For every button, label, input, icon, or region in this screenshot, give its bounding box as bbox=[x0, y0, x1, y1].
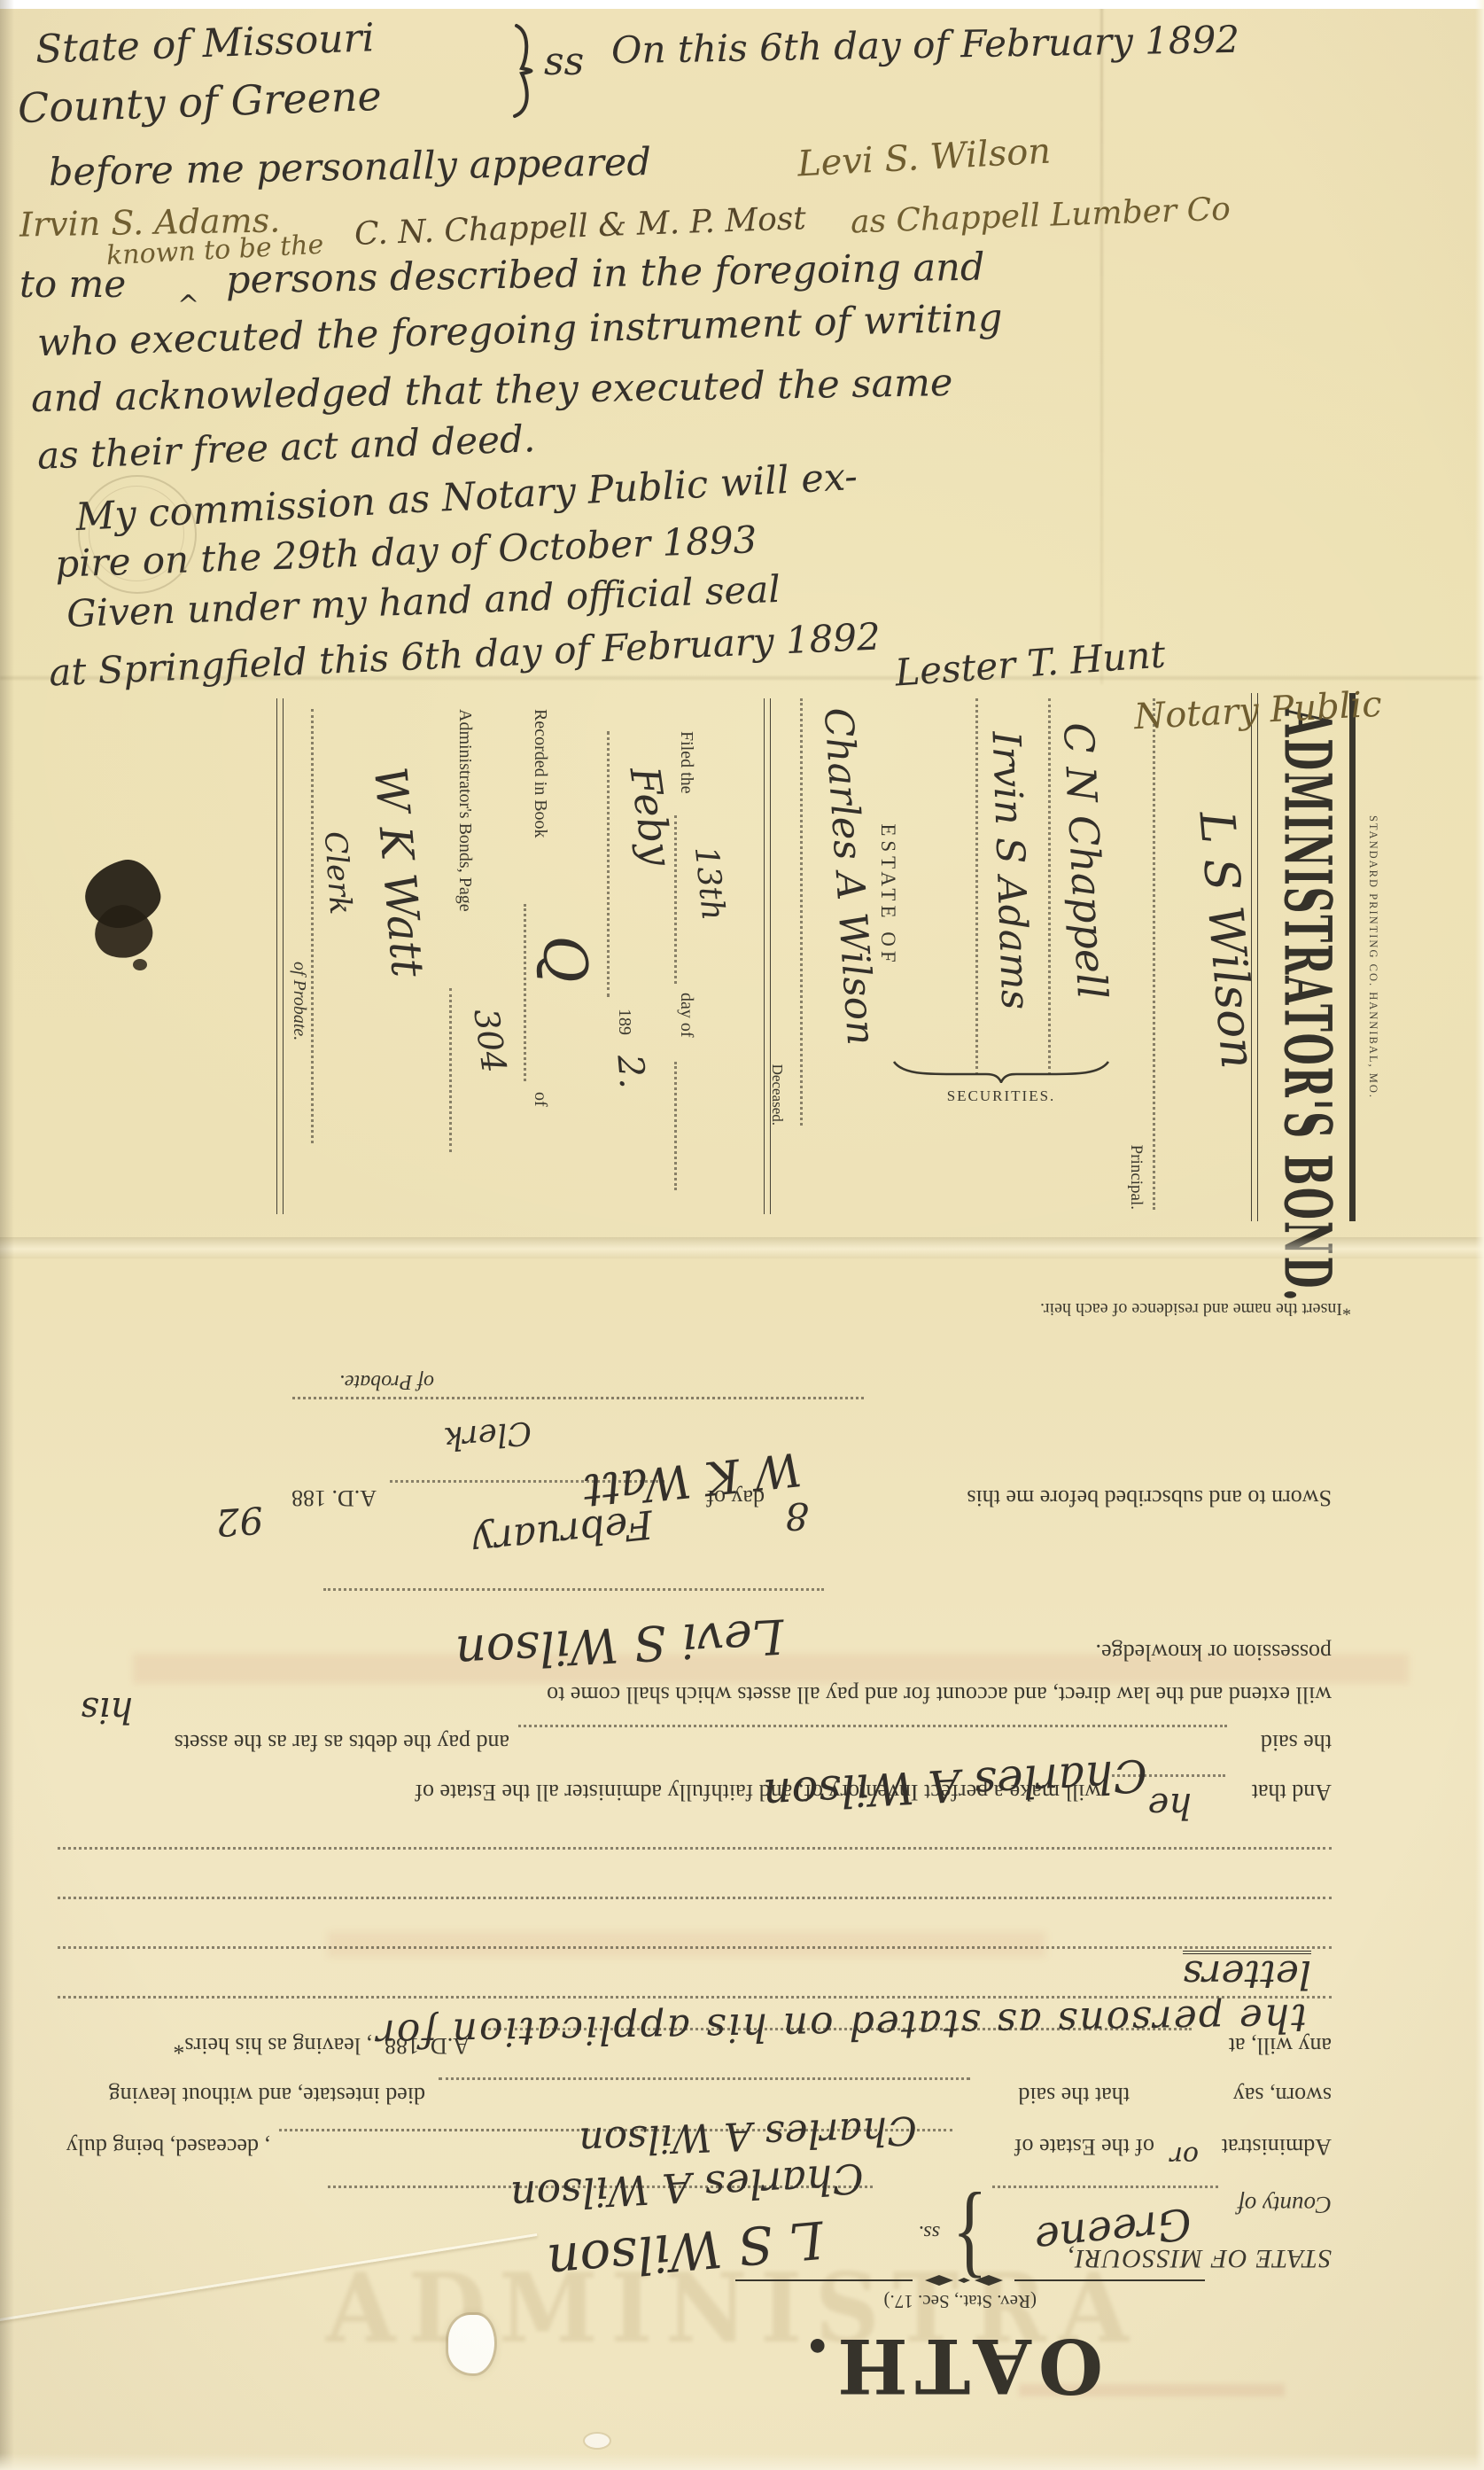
handwritten-line-acknowledged: and acknowledged that they executed the … bbox=[31, 364, 953, 418]
handwritten-state-line: State of Missouri bbox=[35, 19, 375, 69]
of-probate-label: of Probate. bbox=[291, 962, 308, 1040]
docket-panel: STANDARD PRINTING CO. HANNIBAL, MO. ADMI… bbox=[248, 682, 1391, 1232]
ss-brace bbox=[509, 22, 541, 120]
of-estate-label: of the Estate of bbox=[1014, 2135, 1154, 2158]
dotted-blank bbox=[439, 2077, 970, 2080]
notary-title: Notary Public bbox=[1133, 687, 1382, 736]
ss-curly-brace: } bbox=[952, 2188, 988, 2293]
administrat-label: Administrat bbox=[1222, 2135, 1332, 2158]
handwritten-line-free-act: as their free act and deed. bbox=[36, 420, 535, 475]
security-signature-2: Irvin S Adams bbox=[986, 730, 1035, 1010]
year-printed: 189 bbox=[616, 1009, 633, 1035]
handwritten-ss: ss bbox=[544, 43, 584, 82]
clerk-signature: W K Watt bbox=[368, 765, 431, 978]
the-said-label: the said bbox=[1261, 1731, 1332, 1754]
dotted-blank bbox=[58, 1847, 1332, 1850]
handwritten-name-wilson: Levi S. Wilson bbox=[796, 134, 1052, 183]
estate-name-written-1: Charles A Wilson bbox=[509, 2158, 865, 2217]
book-letter-written: Q bbox=[532, 932, 595, 986]
oath-ss-label: ss. bbox=[918, 2222, 940, 2243]
acknowledgment-section: State of Missouri ss On this 6th day of … bbox=[0, 0, 1484, 762]
handwritten-to-me: to me bbox=[19, 266, 126, 303]
possession-label: possession or knowledge. bbox=[1096, 1640, 1332, 1664]
dotted-blank bbox=[992, 2186, 1218, 2188]
handwritten-name-lumberco: as Chappell Lumber Co bbox=[851, 194, 1231, 239]
thin-double-rule bbox=[764, 698, 771, 1214]
printer-credit: STANDARD PRINTING CO. HANNIBAL, MO. bbox=[1368, 682, 1379, 1232]
he-written: he bbox=[1148, 1788, 1192, 1823]
heirs-footnote: *Insert the name and residence of each h… bbox=[1040, 1300, 1351, 1318]
year-written: 2. bbox=[611, 1053, 649, 1090]
securities-label: SECURITIES. bbox=[890, 1088, 1112, 1103]
handwritten-date-line: On this 6th day of February 1892 bbox=[611, 21, 1240, 69]
handwritten-persons-line: persons described in the foregoing and bbox=[226, 249, 985, 300]
oath-signature: Levi S Wilson bbox=[455, 1611, 785, 1676]
handwritten-name-chappell-most: C. N. Chappell & M. P. Most bbox=[354, 203, 807, 251]
dotted-blank bbox=[607, 731, 610, 997]
oath-of-probate-label: of Probate. bbox=[339, 1371, 434, 1392]
oath-county-label: County of bbox=[1238, 2193, 1332, 2217]
dotted-blank bbox=[292, 1397, 864, 1399]
sworn-year-written: 92 bbox=[214, 1500, 264, 1541]
scanned-document-page: ADMINISTRA State of Missouri ss On this … bbox=[0, 0, 1484, 2470]
died-intestate-label: died intestate, and without leaving bbox=[109, 2084, 425, 2107]
oath-title: OATH. bbox=[797, 2328, 1103, 2403]
securities-brace-group: SECURITIES. bbox=[890, 1060, 1112, 1103]
notary-seal-impression-inner bbox=[89, 486, 184, 581]
page-number-written: 304 bbox=[469, 1007, 511, 1075]
handwritten-appeared: before me personally appeared bbox=[49, 144, 652, 192]
docket-title: ADMINISTRATOR'S BOND. bbox=[1263, 682, 1340, 1232]
sworn-ad-label: A.D. 188 bbox=[291, 1486, 377, 1509]
estate-name-written-3: Charles A Wilson bbox=[762, 1753, 1148, 1818]
extend-label: will extend and the law direct, and acco… bbox=[547, 1683, 1332, 1706]
debts-label: and pay the debts as far as the assets bbox=[175, 1731, 509, 1754]
filed-day-written: 13th bbox=[689, 845, 729, 922]
dotted-blank bbox=[58, 1897, 1332, 1899]
dotted-blank bbox=[524, 904, 526, 1081]
estate-name-written-2: Charles A Wilson bbox=[579, 2109, 918, 2160]
sworn-before-label: Sworn to and subscribed before me this bbox=[967, 1486, 1332, 1509]
dotted-blank bbox=[674, 1062, 677, 1190]
deceased-label: Deceased. bbox=[770, 997, 785, 1126]
securities-brace bbox=[890, 1060, 1112, 1083]
of-label: of bbox=[532, 1092, 549, 1107]
his-written: his bbox=[81, 1692, 133, 1727]
dotted-blank bbox=[800, 698, 803, 1126]
paper-hole bbox=[448, 2315, 494, 2373]
dotted-blank bbox=[1153, 698, 1155, 1210]
clerk-written: Clerk bbox=[320, 830, 355, 916]
deceased-duly-label: , deceased, being duly bbox=[66, 2135, 270, 2158]
thin-double-rule bbox=[276, 698, 284, 1214]
dotted-blank bbox=[323, 1588, 824, 1591]
dotted-blank bbox=[518, 1725, 1227, 1727]
notary-signature: Lester T. Hunt bbox=[894, 635, 1167, 691]
day-of-label: day of bbox=[678, 993, 695, 1038]
heirs-written-line-2: letters bbox=[1183, 1951, 1311, 1993]
principal-label: Principal. bbox=[1128, 1037, 1145, 1210]
sworn-day-written: 8 bbox=[785, 1497, 809, 1534]
dotted-blank bbox=[449, 988, 452, 1152]
heirs-written-line-1: the persons as stated on his application… bbox=[375, 1998, 1308, 2053]
administrat-fill-written: or bbox=[1170, 2142, 1199, 2169]
leaving-heirs-label: , leaving as his heirs* bbox=[173, 2034, 372, 2057]
ink-blot bbox=[133, 959, 147, 970]
oath-clerk-signature: W K Watt bbox=[581, 1445, 804, 1514]
oath-panel: OATH. (Rev. Stat., Sec. 17.) STATE OF MI… bbox=[0, 1241, 1484, 2470]
and-that-label: And that bbox=[1252, 1780, 1332, 1804]
sworn-say-label: sworn, say bbox=[1233, 2084, 1332, 2107]
that-the-said-label: that the said bbox=[1018, 2084, 1130, 2107]
dotted-blank bbox=[311, 709, 314, 1143]
dotted-blank bbox=[58, 1946, 1332, 1949]
insert-caret: ^ bbox=[177, 292, 199, 319]
handwritten-county-line: County of Greene bbox=[17, 75, 382, 129]
filed-month-written: Feby bbox=[624, 764, 678, 868]
thick-rule bbox=[1349, 693, 1356, 1221]
oath-clerk-written: Clerk bbox=[442, 1416, 532, 1454]
paper-nick bbox=[585, 2434, 610, 2448]
security-signature-1: C N Chappell bbox=[1058, 721, 1113, 1000]
